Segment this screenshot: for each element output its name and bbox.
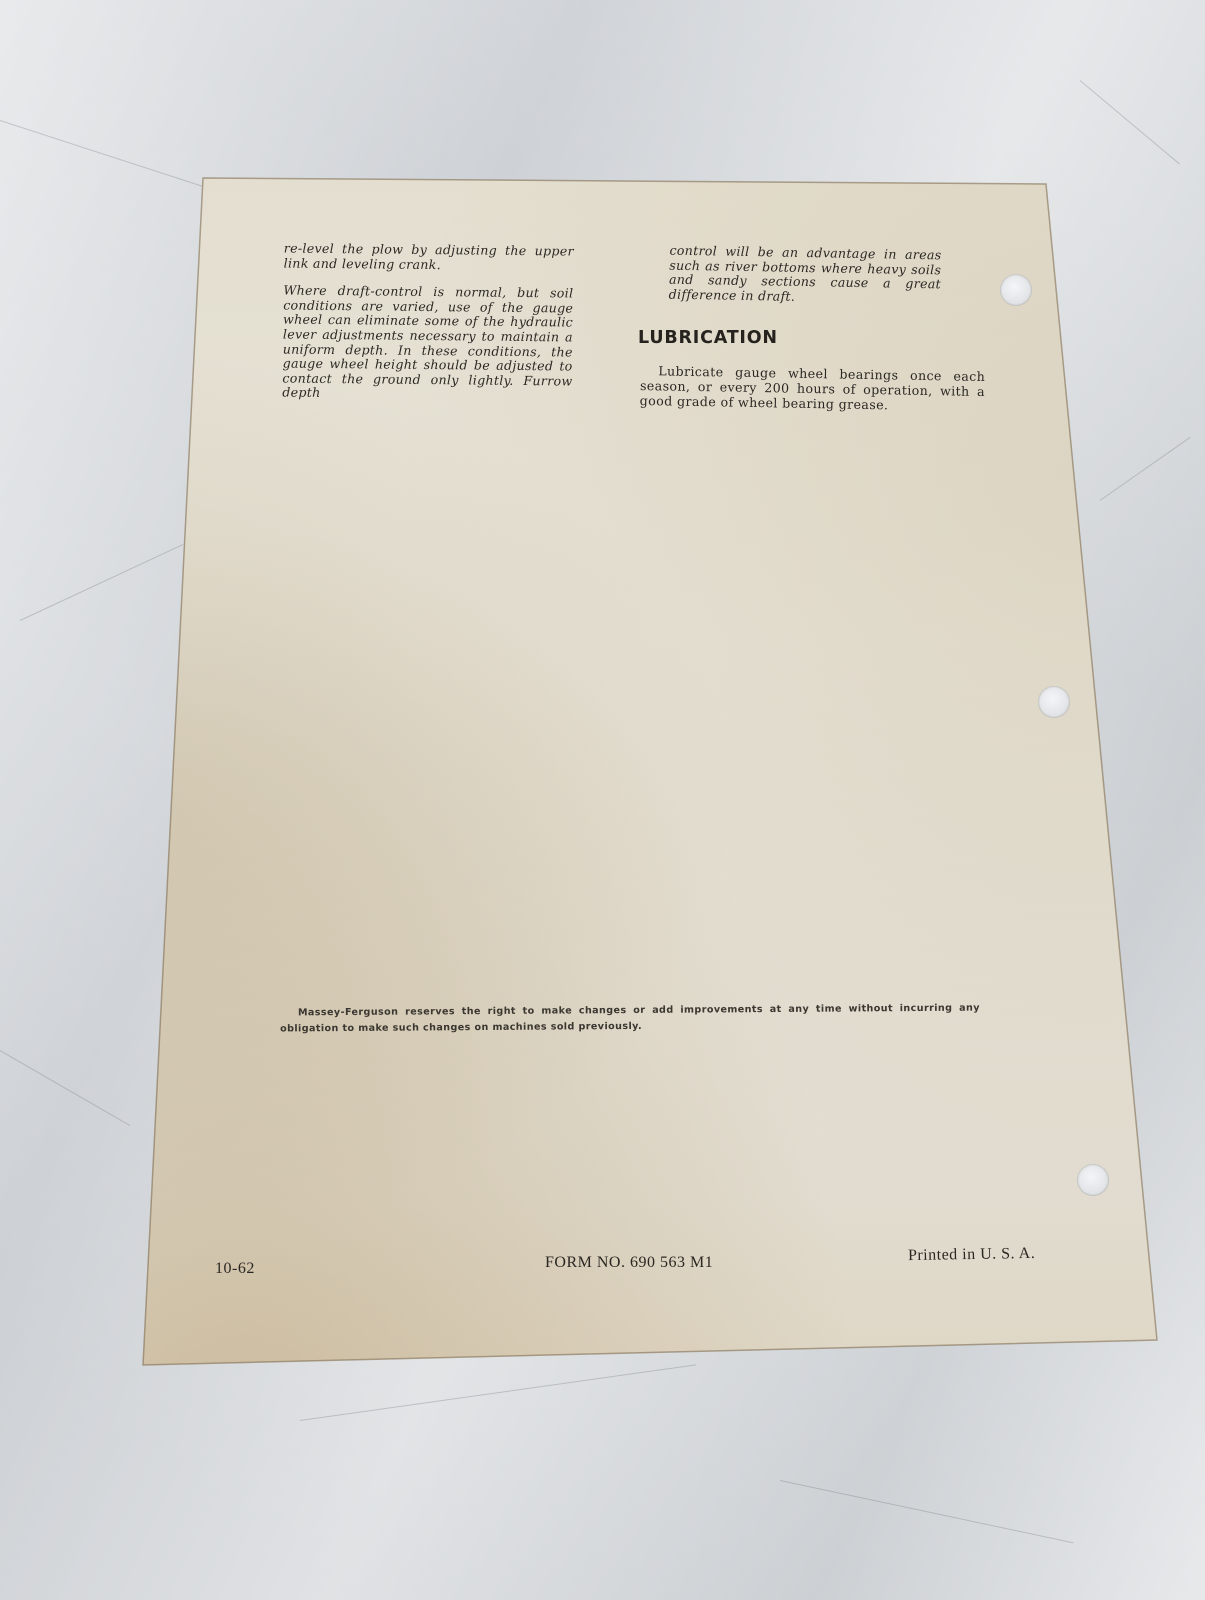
marble-vein (1100, 437, 1191, 501)
marble-vein (0, 1050, 130, 1126)
footer-printed-in: Printed in U. S. A. (908, 1245, 1036, 1265)
disclaimer-text: Massey-Ferguson reserves the right to ma… (280, 1003, 980, 1035)
binder-hole (1077, 1164, 1109, 1196)
paragraph-releveling: re-level the plow by adjusting the upper… (284, 241, 574, 273)
document-page (0, 0, 1205, 1600)
binder-hole (1000, 274, 1032, 306)
binder-hole (1038, 686, 1070, 718)
lubrication-text: Lubricate gauge wheel bearings once each… (640, 363, 986, 412)
footer-date-code: 10-62 (215, 1260, 255, 1278)
marble-vein (1080, 80, 1180, 164)
section-heading-lubrication: LUBRICATION (638, 328, 778, 348)
disclaimer: Massey-Ferguson reserves the right to ma… (280, 1001, 980, 1038)
paragraph-draft-control: Where draft-control is normal, but soil … (282, 284, 573, 404)
paragraph-continued: control will be an advantage in areas su… (669, 244, 942, 307)
marble-vein (300, 1364, 696, 1421)
marble-vein (20, 544, 184, 621)
lubrication-body: Lubricate gauge wheel bearings once each… (640, 363, 986, 414)
footer-form-number: FORM NO. 690 563 M1 (545, 1254, 713, 1272)
right-column-continued: control will be an advantage in areas su… (668, 244, 941, 320)
marble-vein (780, 1480, 1074, 1543)
left-column: re-level the plow by adjusting the upper… (282, 241, 574, 416)
